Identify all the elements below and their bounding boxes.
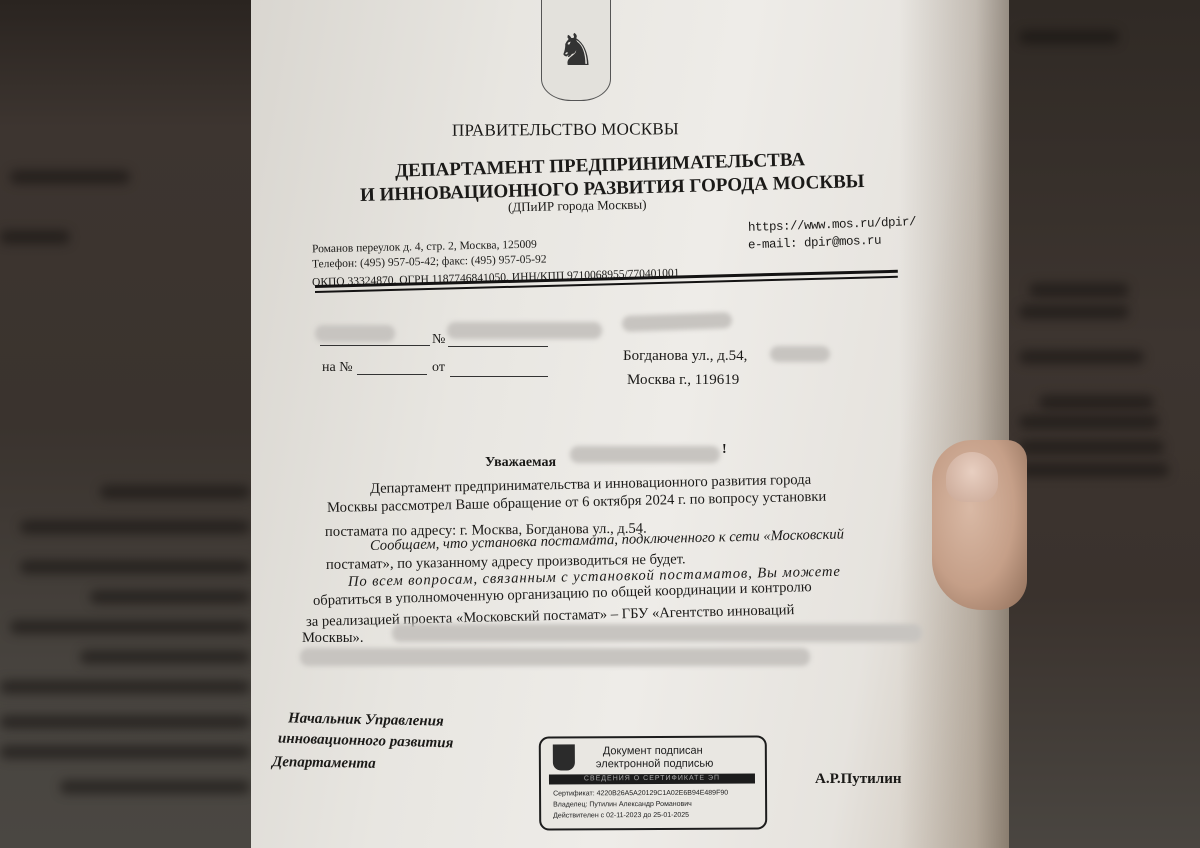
date-underline [320, 345, 430, 346]
greeting-exclamation: ! [722, 442, 727, 458]
blurred-background-right [1009, 0, 1200, 848]
number-sign: № [432, 332, 445, 348]
blurred-text [1019, 415, 1159, 429]
government-title: ПРАВИТЕЛЬСТВО МОСКВЫ [452, 119, 679, 141]
blurred-text [20, 520, 250, 534]
reply-number-underline [357, 374, 427, 375]
from-label: от [432, 360, 445, 376]
blurred-background-left [0, 0, 251, 848]
paper-shadow [899, 0, 1009, 848]
redacted-number [447, 322, 602, 339]
blurred-text [60, 780, 250, 794]
recipient-city: Москва г., 119619 [627, 372, 739, 389]
number-underline [448, 346, 548, 347]
blurred-text [90, 590, 250, 604]
blurred-text [20, 560, 250, 574]
department-abbreviation: (ДПиИР города Москвы) [508, 197, 647, 216]
in-reply-label: на № [322, 360, 353, 376]
thumbnail [946, 452, 998, 502]
blurred-text [0, 745, 250, 759]
stamp-heading-line2: электронной подписью [596, 758, 713, 771]
blurred-text [0, 680, 250, 694]
signer-title-line3: Департамента [272, 754, 376, 773]
stamp-heading-line1: Документ подписан [603, 745, 703, 758]
signer-title-line1: Начальник Управления [288, 710, 444, 730]
redacted-apartment [770, 346, 830, 362]
stamp-certificate-bar: СВЕДЕНИЯ О СЕРТИФИКАТЕ ЭП [549, 773, 755, 784]
electronic-signature-stamp: Документ подписан электронной подписью С… [539, 735, 767, 830]
reply-date-underline [450, 376, 548, 377]
blurred-text [0, 715, 250, 729]
moscow-coat-of-arms-icon [553, 744, 575, 770]
blurred-text [80, 650, 250, 664]
greeting: Уважаемая [485, 455, 556, 471]
blurred-text [1029, 283, 1129, 297]
redacted-contact-info [392, 624, 922, 642]
recipient-street: Богданова ул., д.54, [623, 348, 747, 365]
blurred-text [10, 170, 130, 184]
redacted-date [315, 325, 395, 342]
stamp-certificate-number: Сертификат: 4220B26A5A20129C1A02E6B94E48… [553, 790, 728, 798]
blurred-text [10, 620, 250, 634]
stamp-validity: Действителен с 02-11-2023 до 25-01-2025 [553, 812, 689, 820]
stamp-owner: Владелец: Путилин Александр Романович [553, 801, 692, 809]
blurred-text [0, 230, 70, 244]
paragraph3-line4: Москвы». [302, 630, 363, 647]
moscow-coat-of-arms-icon: ♞ [541, 0, 611, 101]
blurred-text [1019, 30, 1119, 44]
signer-name: А.Р.Путилин [815, 771, 902, 788]
blurred-text [1039, 395, 1154, 409]
blurred-text [1019, 440, 1164, 454]
redacted-contact-info [300, 648, 810, 666]
blurred-text [1019, 350, 1144, 364]
blurred-text [100, 485, 250, 499]
blurred-text [1019, 305, 1129, 319]
blurred-text [1019, 463, 1169, 477]
redacted-recipient-name [570, 446, 720, 463]
